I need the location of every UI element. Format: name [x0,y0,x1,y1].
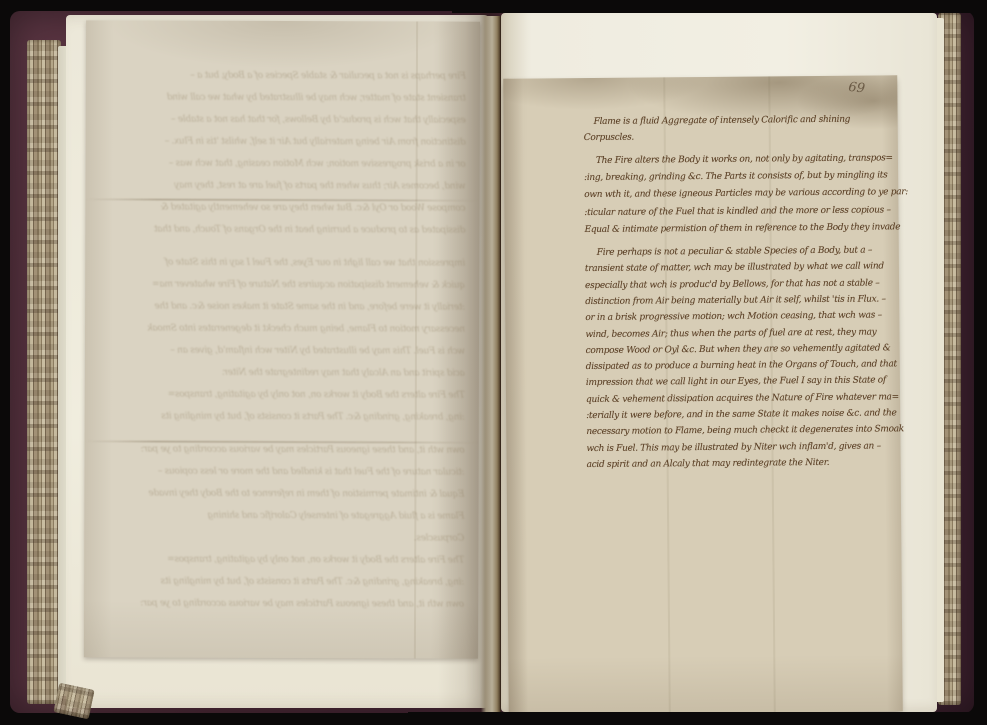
paragraph-1: The Fire alters the Body it works on, no… [584,150,907,239]
heading-paragraph: Flame is a fluid Aggregate of intensely … [584,111,906,146]
handwritten-text: Flame is a fluid Aggregate of intensely … [583,75,908,473]
handwriting-line: own wth it, and these igneous Particles … [90,592,464,615]
handwriting-line: The Fire alters the Body it works on, no… [90,548,464,571]
handwriting-line: or in a brisk progressive motion; wch Mo… [92,152,466,175]
paragraph-2: Fire perhaps is not a peculiar & stable … [585,242,909,473]
handwriting-line: distinction from Air being materially bu… [92,130,466,153]
handwriting-line: :ing, breaking, grinding &c. The Parts i… [90,570,464,593]
page-edges-left [27,40,61,704]
handwriting-line: transient state of matter, wch may be il… [92,86,466,109]
handwriting-line: compose Wood or Oyl &c. But when they ar… [91,196,465,219]
handwriting-line: Flame is a fluid Aggregate of intensely … [90,504,464,527]
ink-bleedthrough: Fire perhaps is not a peculiar & stable … [90,64,466,628]
handwriting-line: impression that we call light in our Eye… [91,251,465,274]
handwriting-line: dissipated as to produce a burning heat … [91,218,465,241]
handwriting-line: :ticular nature of the Fuel that is kind… [91,460,465,483]
handwriting-line: Fire perhaps is not a peculiar & stable … [92,64,466,87]
handwriting-line: The Fire alters the Body it works on, no… [91,383,465,406]
handwriting-line: own wth it, and these igneous Particles … [91,438,465,461]
left-blank-page: Fire perhaps is not a peculiar & stable … [84,20,480,658]
page-edges-corner [53,683,94,720]
right-manuscript-page: 69 Flame is a fluid Aggregate of intense… [503,75,903,714]
photo-background [408,712,987,725]
handwriting-line: Corpuscles. [90,526,464,549]
handwriting-line: :terially it were before, and in the sam… [91,295,465,318]
handwriting-line: wind, becomes Air; thus when the parts o… [91,174,465,197]
manuscript-photo: Fire perhaps is not a peculiar & stable … [0,0,987,725]
handwriting-line: especially that wch is produc'd by Bello… [92,108,466,131]
handwriting-line: acid spirit and an Alcaly that may redin… [91,361,465,384]
handwriting-line: quick & vehement dissipation acquires th… [91,273,465,296]
handwriting-line: wch is Fuel. This may be illustrated by … [91,339,465,362]
handwriting-line: wch is Fuel. This may be illustrated by … [586,438,908,457]
handwriting-line: Equal & intimate permistion of them in r… [90,482,464,505]
handwriting-line: acid spirit and an Alcaly that may redin… [587,454,909,473]
gutter-page-curl [481,16,501,715]
handwriting-line: Corpuscles. [584,127,906,146]
handwriting-line: Equal & intimate permistion of them in r… [584,219,906,239]
handwriting-line: necessary motion to Flame, being much ch… [91,317,465,340]
handwriting-line: :ing, breaking, grinding &c. The Parts i… [91,405,465,428]
photo-background [452,0,987,13]
